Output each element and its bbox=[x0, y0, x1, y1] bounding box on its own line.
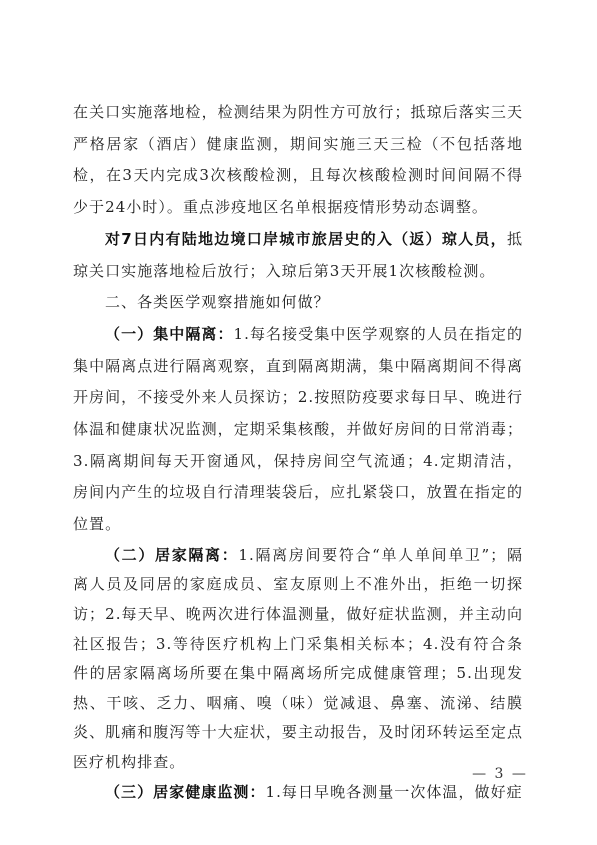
paragraph-home-health-monitoring: （三）居家健康监测：1.每日早晚各测量一次体温，做好症 bbox=[73, 778, 523, 808]
paragraph-text: 1.每日早晚各测量一次体温，做好症 bbox=[266, 783, 523, 801]
section-heading-text: 二、各类医学观察措施如何做？ bbox=[105, 293, 330, 311]
bold-lead-text: 对7日内有陆地边境口岸城市旅居史的入（返）琼人员， bbox=[105, 230, 507, 248]
paragraph-home-isolation: （二）居家隔离：1.隔离房间要符合“单人单间单卫”；隔离人员及同居的家庭成员、室… bbox=[73, 541, 523, 778]
page-number: — 3 — bbox=[470, 766, 530, 782]
paragraph-text: 1.每名接受集中医学观察的人员在指定的集中隔离点进行隔离观察，直到隔离期满，集中… bbox=[73, 325, 523, 533]
paragraph-centralized-isolation: （一）集中隔离：1.每名接受集中医学观察的人员在指定的集中隔离点进行隔离观察，直… bbox=[73, 319, 523, 541]
paragraph-text: 1.隔离房间要符合“单人单间单卫”；隔离人员及同居的家庭成员、室友原则上不准外出… bbox=[73, 546, 523, 771]
paragraph-arrival-check-continued: 在关口实施落地检，检测结果为阴性方可放行；抵琼后落实三天严格居家（酒店）健康监测… bbox=[73, 97, 523, 224]
paragraph-text: 在关口实施落地检，检测结果为阴性方可放行；抵琼后落实三天严格居家（酒店）健康监测… bbox=[73, 103, 523, 216]
paragraph-land-border-arrivals: 对7日内有陆地边境口岸城市旅居史的入（返）琼人员，抵琼关口实施落地检后放行；入琼… bbox=[73, 224, 523, 287]
subheading-centralized-isolation: （一）集中隔离： bbox=[105, 325, 234, 343]
document-page: 在关口实施落地检，检测结果为阴性方可放行；抵琼后落实三天严格居家（酒店）健康监测… bbox=[0, 0, 597, 845]
subheading-home-health-monitoring: （三）居家健康监测： bbox=[105, 783, 266, 801]
document-body: 在关口实施落地检，检测结果为阴性方可放行；抵琼后落实三天严格居家（酒店）健康监测… bbox=[73, 97, 523, 807]
subheading-home-isolation: （二）居家隔离： bbox=[105, 546, 238, 564]
section-heading-medical-observation: 二、各类医学观察措施如何做？ bbox=[73, 287, 523, 319]
